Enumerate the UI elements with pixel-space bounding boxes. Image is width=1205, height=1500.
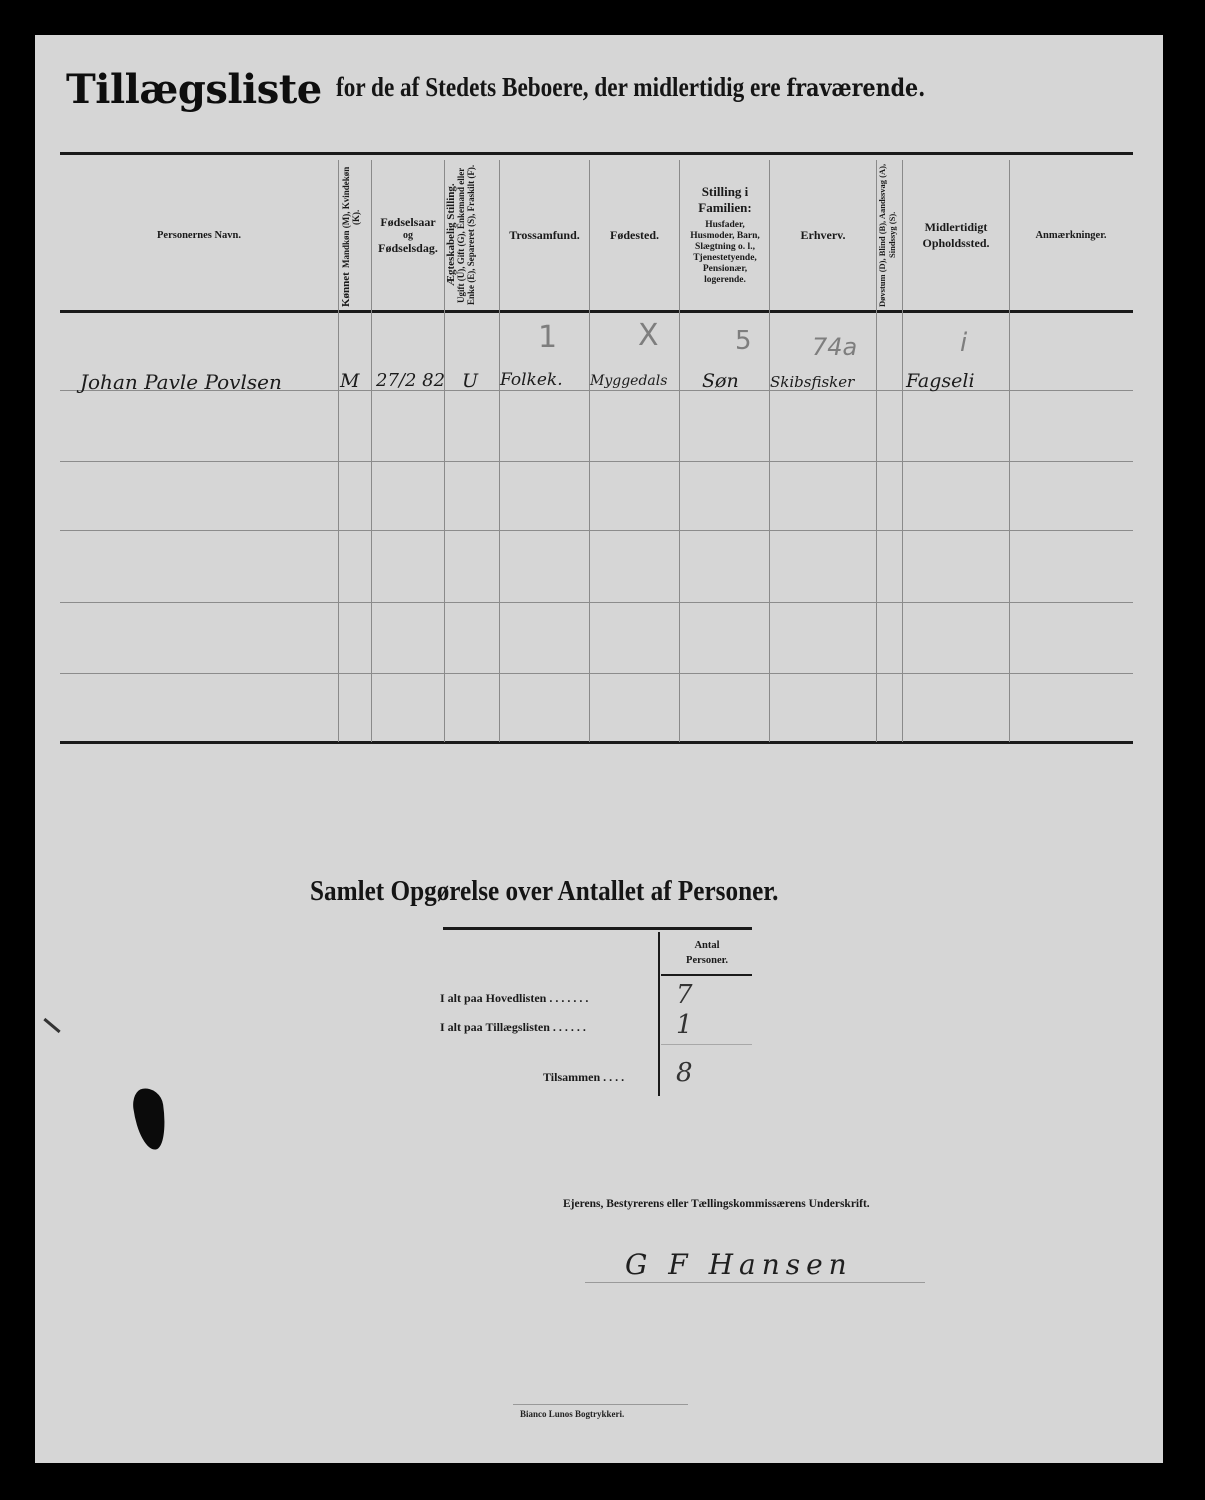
header-birthplace: Fødested. — [590, 160, 679, 310]
header-birth-line2: og — [403, 229, 413, 242]
header-birth: Fødselsaar og Fødselsdag. — [372, 160, 444, 310]
cell-occupation: Skibsfisker — [770, 373, 854, 391]
printer-imprint: Bianco Lunos Bogtrykkeri. — [520, 1409, 624, 1419]
summary-value-total: 8 — [676, 1058, 693, 1088]
subtitle-bold: fraværende. — [786, 73, 925, 102]
cell-birth: 27/2 82 — [376, 370, 445, 391]
cell-religion: Folkek. — [500, 370, 563, 390]
summary-header: Antal Personer. — [662, 938, 752, 968]
summary-top-rule — [443, 927, 752, 930]
summary-header-rule — [661, 974, 752, 976]
row-rule — [60, 673, 1133, 674]
header-disability: Døvstum (D), Blind (B), Aandssvag (A), S… — [877, 163, 901, 307]
cell-family: Søn — [702, 370, 739, 392]
header-family-title: Stilling i Familien: — [690, 184, 760, 216]
table-top-rule — [60, 152, 1133, 155]
header-name: Personernes Navn. — [60, 160, 338, 310]
header-sex: Kønnet Mandkøn (M), Kvindekøn (K). — [341, 163, 369, 307]
summary-column-divider — [658, 932, 660, 1096]
cell-birthplace: Myggedals — [590, 373, 667, 389]
form-subtitle: for de af Stedets Beboere, der midlertid… — [336, 72, 925, 103]
summary-label-main: I alt paa Hovedlisten . . . . . . . — [440, 991, 588, 1006]
pencil-mark-family: 5 — [735, 326, 752, 356]
cell-sex: M — [340, 370, 359, 392]
header-remarks: Anmærkninger. — [1010, 160, 1132, 310]
pencil-mark-occupation: 74a — [812, 333, 857, 361]
table-bottom-rule — [60, 741, 1133, 744]
signature-label: Ejerens, Bestyrerens eller Tællingskommi… — [563, 1198, 870, 1210]
summary-value-main: 7 — [676, 980, 693, 1010]
header-sex-detail: Mandkøn (M), Kvindekøn (K). — [341, 163, 369, 272]
summary-label-total: Tilsammen . . . . — [543, 1070, 624, 1085]
cell-marital: U — [462, 370, 478, 392]
printer-rule — [513, 1404, 688, 1405]
header-family: Stilling i Familien: Husfader, Husmoder,… — [682, 160, 768, 310]
row-rule — [60, 461, 1133, 462]
header-birth-line1: Fødselsaar — [380, 216, 435, 229]
signature-value: G F Hansen — [625, 1248, 853, 1281]
header-temp-line2: Opholdssted. — [922, 237, 989, 250]
header-temp-line1: Midlertidigt — [925, 221, 988, 234]
header-marital-detail: Ugift (U), Gift (G), Enkemand eller Enke… — [456, 165, 476, 305]
pencil-mark-religion: 1 — [538, 320, 557, 355]
form-title: Tillægsliste — [66, 66, 322, 113]
header-temp-residence: Midlertidigt Opholdssted. — [903, 160, 1009, 310]
summary-label-supplement: I alt paa Tillægslisten . . . . . . — [440, 1020, 586, 1035]
cell-temp-residence: Fagseli — [906, 370, 975, 392]
header-birth-line3: Fødselsdag. — [378, 242, 438, 255]
row-rule — [60, 602, 1133, 603]
pencil-mark-birthplace: X — [638, 318, 659, 353]
summary-title: Samlet Opgørelse over Antallet af Person… — [310, 876, 778, 908]
summary-header-line2: Personer. — [662, 953, 752, 968]
column-divider — [338, 160, 339, 742]
header-occupation: Erhverv. — [770, 160, 876, 310]
header-sex-title: Kønnet — [341, 272, 369, 307]
header-marital: Ægteskabelig Stilling. Ugift (U), Gift (… — [446, 163, 498, 307]
header-religion: Trossamfund. — [500, 160, 589, 310]
header-family-detail: Husfader, Husmoder, Barn, Slægtning o. l… — [683, 220, 767, 286]
summary-value-supplement: 1 — [676, 1010, 693, 1040]
cell-name: Johan Pavle Povlsen — [80, 370, 282, 394]
column-divider — [679, 160, 680, 742]
header-bottom-rule — [60, 310, 1133, 313]
pencil-mark-residence: i — [960, 328, 967, 358]
subtitle-text: for de af Stedets Beboere, der midlertid… — [336, 72, 781, 102]
row-rule — [60, 530, 1133, 531]
summary-header-line1: Antal — [662, 938, 752, 953]
signature-line — [585, 1282, 925, 1283]
summary-total-rule — [661, 1044, 752, 1045]
